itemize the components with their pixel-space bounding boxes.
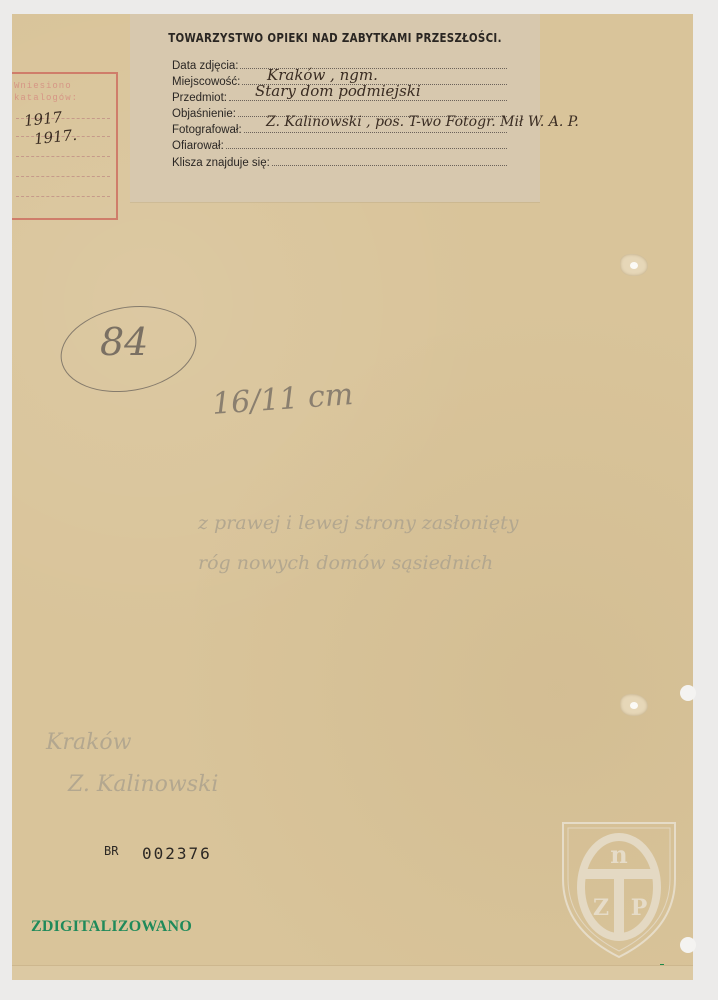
field-label: Fotografował:	[172, 124, 242, 136]
catalog-stamp-text: Wniesiono katalogów:	[14, 80, 78, 104]
field-negative-location: Klisza znajduje się:	[172, 153, 507, 169]
photographer-note: Z. Kalinowski	[68, 772, 218, 797]
punch-hole	[680, 685, 696, 701]
field-label: Klisza znajduje się:	[172, 157, 270, 169]
society-emblem-watermark-icon: n Z P	[559, 819, 679, 959]
field-label: Data zdjęcia:	[172, 60, 238, 72]
stamp-handwritten-year1: 1917	[23, 108, 63, 130]
photo-label-card: TOWARZYSTWO OPIEKI NAD ZABYTKAMI PRZESZŁ…	[130, 14, 540, 202]
description-line2: róg nowych domów sąsiednich	[198, 552, 493, 574]
subject-value: Stary dom podmiejski	[255, 82, 421, 100]
stamp-handwritten-year2: 1917.	[33, 126, 78, 148]
field-label: Miejscowość:	[172, 76, 240, 88]
paper-damage-spot	[620, 694, 648, 716]
stamp-text-line1: Wniesiono	[14, 80, 78, 92]
field-label: Ofiarował:	[172, 140, 224, 152]
document-sheet: Wniesiono katalogów: 1917 1917. TOWARZYS…	[12, 14, 693, 980]
svg-text:Z: Z	[593, 895, 609, 921]
paper-damage-spot	[620, 254, 648, 276]
field-donor: Ofiarował:	[172, 136, 507, 152]
circled-number: 84	[100, 320, 148, 364]
field-label: Przedmiot:	[172, 92, 227, 104]
organization-title: TOWARZYSTWO OPIEKI NAD ZABYTKAMI PRZESZŁ…	[167, 30, 503, 45]
photo-dimensions: 16/11 cm	[211, 377, 354, 422]
inventory-prefix: BR	[104, 844, 118, 858]
place-note: Kraków	[46, 730, 131, 755]
punch-hole	[680, 937, 696, 953]
catalog-stamp: Wniesiono katalogów: 1917 1917.	[12, 72, 118, 220]
field-label: Objaśnienie:	[172, 108, 236, 120]
digitized-stamp: ZDIGITALIZOWANO	[31, 918, 192, 936]
paper-bottom-edge	[12, 965, 693, 980]
inventory-number: 002376	[142, 844, 212, 863]
stamp-text-line2: katalogów:	[14, 92, 78, 104]
svg-text:P: P	[631, 895, 648, 921]
photographer-value: Z. Kalinowski , pos. T-wo Fotogr. Mił W.…	[266, 114, 579, 130]
description-line1: z prawej i lewej strony zasłonięty	[198, 512, 518, 534]
svg-text:n: n	[610, 840, 627, 869]
